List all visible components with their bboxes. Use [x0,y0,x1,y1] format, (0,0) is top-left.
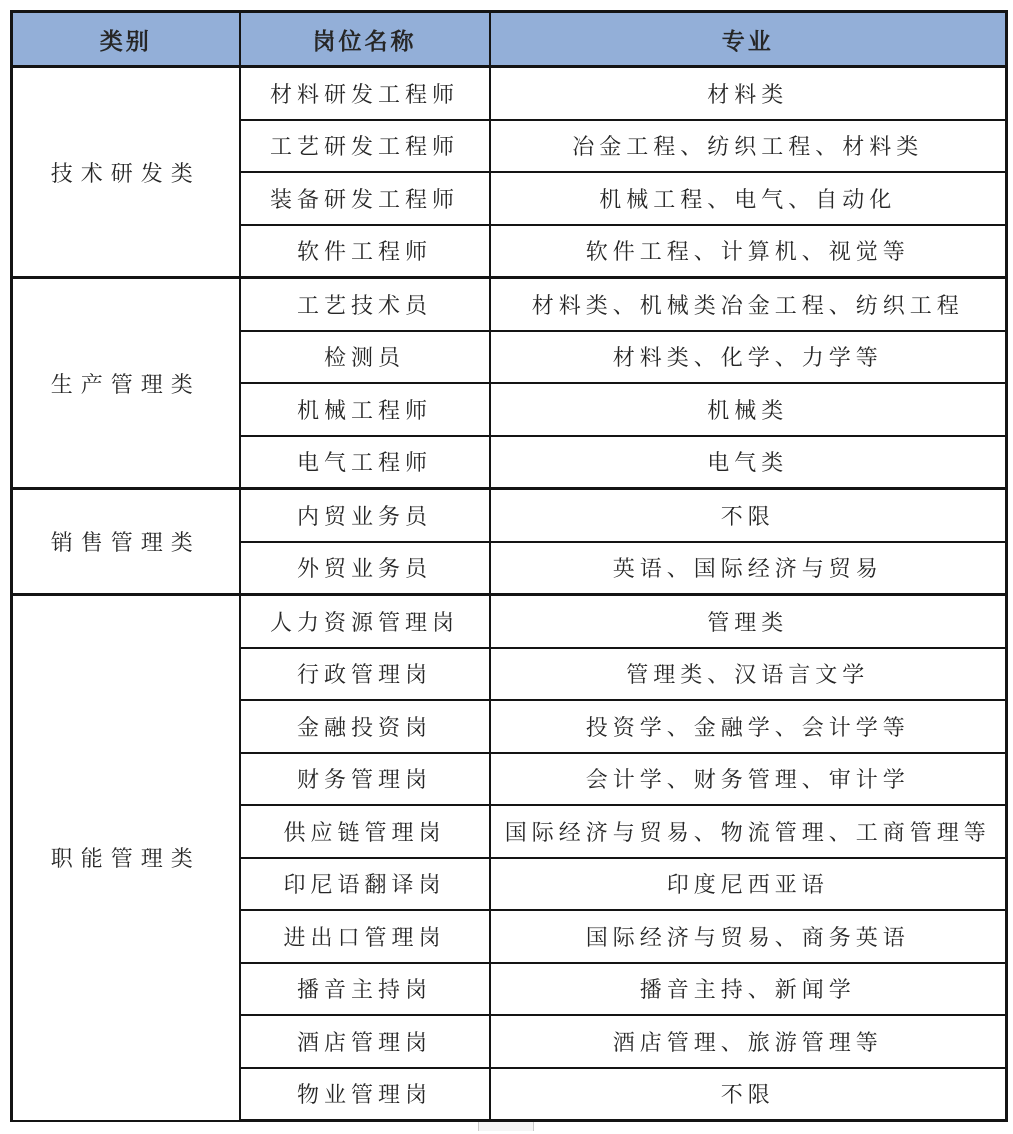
position-cell: 工艺技术员 [240,278,490,331]
category-cell: 销售管理类 [12,489,240,595]
major-cell: 机械工程、电气、自动化 [490,172,1007,225]
position-cell: 播音主持岗 [240,963,490,1016]
position-cell: 装备研发工程师 [240,172,490,225]
position-cell: 财务管理岗 [240,753,490,806]
major-cell: 材料类 [490,67,1007,120]
recruitment-table-container: 类别 岗位名称 专业 技术研发类 材料研发工程师 材料类 工艺研发工程师 冶金工… [10,10,1008,1122]
category-cell: 生产管理类 [12,278,240,489]
major-cell: 投资学、金融学、会计学等 [490,700,1007,753]
position-cell: 内贸业务员 [240,489,490,542]
major-cell: 不限 [490,489,1007,542]
position-cell: 供应链管理岗 [240,805,490,858]
category-cell: 技术研发类 [12,67,240,278]
major-cell: 国际经济与贸易、物流管理、工商管理等 [490,805,1007,858]
major-cell: 国际经济与贸易、商务英语 [490,910,1007,963]
position-cell: 机械工程师 [240,383,490,436]
table-row: 生产管理类 工艺技术员 材料类、机械类冶金工程、纺织工程 [12,278,1007,331]
category-cell: 职能管理类 [12,595,240,1121]
major-cell: 酒店管理、旅游管理等 [490,1015,1007,1068]
header-category: 类别 [12,12,240,67]
position-cell: 外贸业务员 [240,542,490,595]
major-cell: 会计学、财务管理、审计学 [490,753,1007,806]
major-cell: 机械类 [490,383,1007,436]
position-cell: 金融投资岗 [240,700,490,753]
header-position-name: 岗位名称 [240,12,490,67]
major-cell: 管理类 [490,595,1007,648]
position-cell: 印尼语翻译岗 [240,858,490,911]
header-row: 类别 岗位名称 专业 [12,12,1007,67]
position-cell: 检测员 [240,331,490,384]
position-cell: 酒店管理岗 [240,1015,490,1068]
position-cell: 进出口管理岗 [240,910,490,963]
recruitment-positions-table: 类别 岗位名称 专业 技术研发类 材料研发工程师 材料类 工艺研发工程师 冶金工… [10,10,1008,1122]
scrollbar-fragment [478,1122,534,1131]
major-cell: 印度尼西亚语 [490,858,1007,911]
position-cell: 人力资源管理岗 [240,595,490,648]
major-cell: 不限 [490,1068,1007,1121]
position-cell: 物业管理岗 [240,1068,490,1121]
position-cell: 工艺研发工程师 [240,120,490,173]
major-cell: 软件工程、计算机、视觉等 [490,225,1007,278]
table-row: 职能管理类 人力资源管理岗 管理类 [12,595,1007,648]
header-major: 专业 [490,12,1007,67]
position-cell: 电气工程师 [240,436,490,489]
position-cell: 材料研发工程师 [240,67,490,120]
major-cell: 材料类、机械类冶金工程、纺织工程 [490,278,1007,331]
major-cell: 管理类、汉语言文学 [490,648,1007,701]
position-cell: 行政管理岗 [240,648,490,701]
table-row: 技术研发类 材料研发工程师 材料类 [12,67,1007,120]
table-row: 销售管理类 内贸业务员 不限 [12,489,1007,542]
major-cell: 播音主持、新闻学 [490,963,1007,1016]
position-cell: 软件工程师 [240,225,490,278]
major-cell: 材料类、化学、力学等 [490,331,1007,384]
major-cell: 电气类 [490,436,1007,489]
major-cell: 冶金工程、纺织工程、材料类 [490,120,1007,173]
major-cell: 英语、国际经济与贸易 [490,542,1007,595]
